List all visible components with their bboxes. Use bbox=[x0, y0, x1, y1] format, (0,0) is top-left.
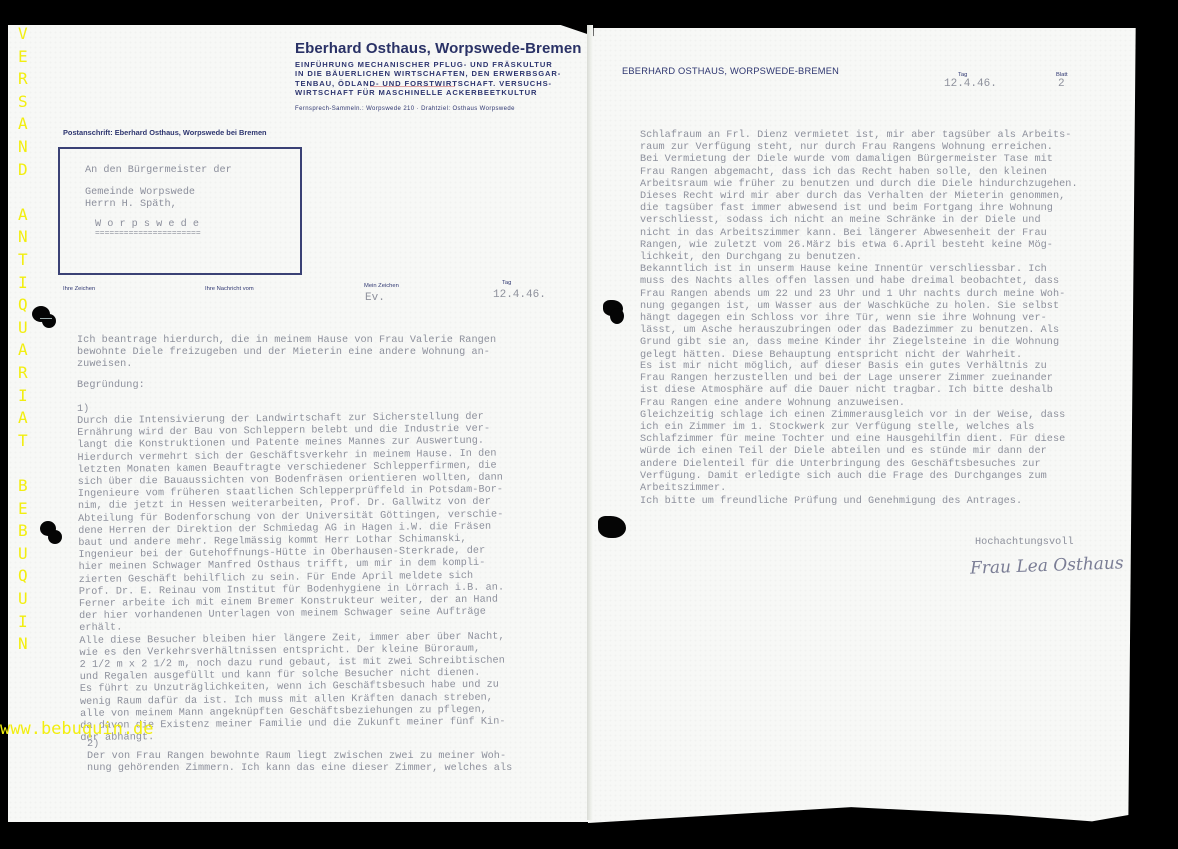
punch-hole bbox=[42, 314, 56, 328]
intro-paragraph: Ich beantrage hierdurch, die in meinem H… bbox=[77, 335, 496, 372]
watermark-letter: I bbox=[18, 275, 28, 291]
section-1-label: 1) bbox=[77, 404, 89, 416]
watermark-letter: S bbox=[18, 94, 28, 110]
section-2-body: Der von Frau Rangen bewohnte Raum liegt … bbox=[87, 751, 512, 775]
page2-page-number: 2 bbox=[1058, 78, 1065, 90]
watermark-letter: E bbox=[18, 501, 28, 517]
recipient-underline: ====================== bbox=[95, 229, 201, 238]
red-pencil-mark bbox=[370, 86, 455, 87]
section-heading: Begründung: bbox=[77, 380, 145, 392]
watermark-letter: E bbox=[18, 49, 28, 65]
label-mein-zeichen: Mein Zeichen bbox=[364, 283, 399, 289]
watermark-letter: D bbox=[18, 162, 28, 178]
watermark-letter: B bbox=[18, 478, 28, 494]
recipient-address-box: An den Bürgermeister der Gemeinde Worpsw… bbox=[58, 147, 302, 275]
watermark-letter: N bbox=[18, 636, 28, 652]
watermark-letter: R bbox=[18, 71, 28, 87]
letterhead-phone: Fernsprech-Sammeln.: Worpswede 210 · Dra… bbox=[295, 106, 515, 112]
watermark-url: www.bebuquin.de bbox=[0, 719, 154, 739]
date-value: 12.4.46. bbox=[493, 289, 546, 301]
watermark-letter: A bbox=[18, 410, 28, 426]
watermark-letter: T bbox=[18, 252, 28, 268]
watermark-letter: A bbox=[18, 342, 28, 358]
punch-hole bbox=[598, 516, 626, 538]
label-tag: Tag bbox=[502, 280, 511, 286]
postal-address: Postanschrift: Eberhard Osthaus, Worpswe… bbox=[63, 128, 267, 137]
section-2-label: 2) bbox=[87, 739, 99, 751]
letterhead-line: IN DIE BÄUERLICHEN WIRTSCHAFTEN, DEN ERW… bbox=[295, 69, 565, 78]
page2-paragraph-2: Es ist mir nicht möglich, auf dieser Bas… bbox=[640, 361, 1065, 495]
pencil-mark bbox=[40, 318, 52, 319]
watermark-letter: R bbox=[18, 365, 28, 381]
watermark-letter: U bbox=[18, 591, 28, 607]
watermark-letter: U bbox=[18, 320, 28, 336]
watermark-letter: A bbox=[18, 116, 28, 132]
recipient-line: Gemeinde Worpswede bbox=[85, 187, 195, 198]
watermark-letter: A bbox=[18, 207, 28, 223]
punch-hole bbox=[610, 308, 624, 324]
watermark-letter: B bbox=[18, 523, 28, 539]
letterhead-line: WIRTSCHAFT FÜR MASCHINELLE ACKERBEETKULT… bbox=[295, 88, 565, 97]
section-1-body: Durch die Intensivierung der Landwirtsch… bbox=[77, 412, 506, 746]
closing-request: Ich bitte um freundliche Prüfung und Gen… bbox=[640, 496, 1022, 508]
punch-hole bbox=[48, 530, 62, 544]
watermark-letter: I bbox=[18, 388, 28, 404]
letterhead-line: EINFÜHRUNG MECHANISCHER PFLUG- UND FRÄSK… bbox=[295, 60, 565, 69]
watermark-letter: Q bbox=[18, 297, 28, 313]
page-fold-shadow bbox=[587, 25, 593, 820]
watermark-letter: V bbox=[18, 26, 28, 42]
salutation: Hochachtungsvoll bbox=[975, 537, 1074, 549]
recipient-line: An den Bürgermeister der bbox=[85, 165, 232, 176]
mein-zeichen-value: Ev. bbox=[365, 292, 385, 304]
letterhead-name: Eberhard Osthaus, Worpswede-Bremen bbox=[295, 40, 582, 57]
label-ihre-nachricht: Ihre Nachricht vom bbox=[205, 286, 254, 292]
watermark-letter: Q bbox=[18, 568, 28, 584]
page2-paragraph-1: Schlafraum an Frl. Dienz vermietet ist, … bbox=[640, 130, 1078, 362]
watermark-letter: U bbox=[18, 546, 28, 562]
watermark-letter: N bbox=[18, 139, 28, 155]
label-ihre-zeichen: Ihre Zeichen bbox=[63, 286, 95, 292]
watermark-letter: T bbox=[18, 433, 28, 449]
letterhead-description: EINFÜHRUNG MECHANISCHER PFLUG- UND FRÄSK… bbox=[295, 60, 565, 97]
watermark-letter: I bbox=[18, 614, 28, 630]
page2-date: 12.4.46. bbox=[944, 78, 997, 90]
watermark-letter: N bbox=[18, 229, 28, 245]
recipient-line: Herrn H. Späth, bbox=[85, 199, 177, 210]
page2-letterhead: EBERHARD OSTHAUS, WORPSWEDE-BREMEN bbox=[622, 66, 839, 76]
